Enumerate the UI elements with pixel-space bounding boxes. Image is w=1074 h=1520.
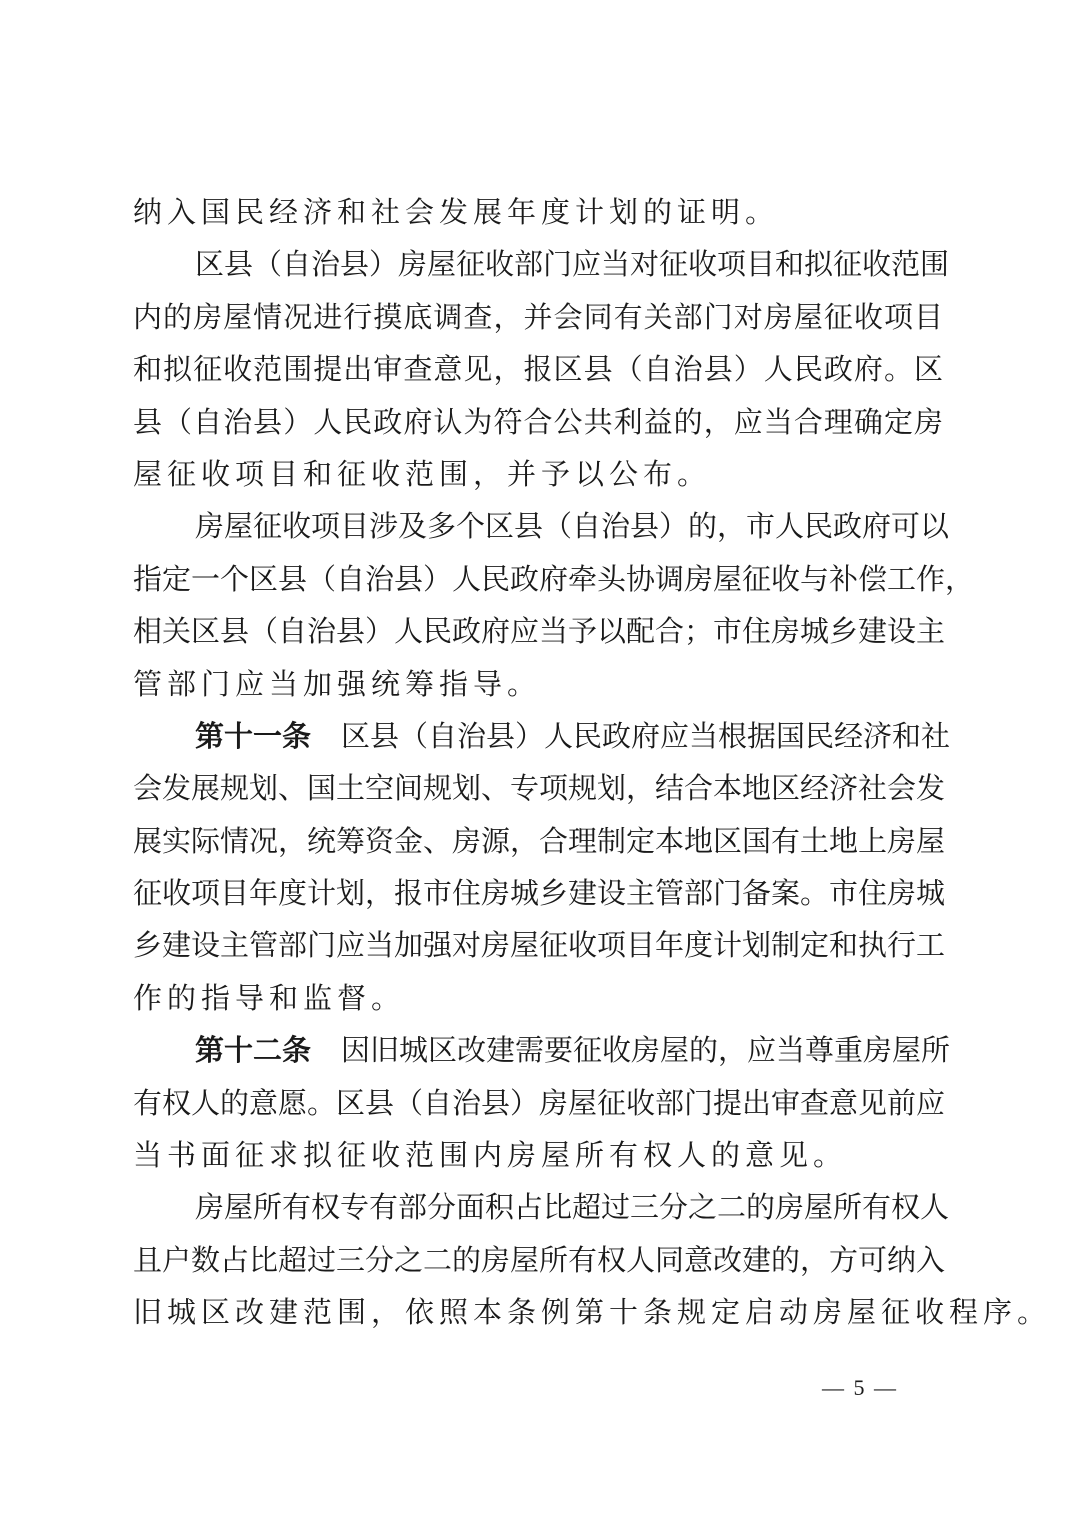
paragraph-line: 区县（自治县）房屋征收部门应当对征收项目和拟征收范围 bbox=[133, 238, 943, 290]
document-page: 纳入国民经济和社会发展年度计划的证明。 区县（自治县）房屋征收部门应当对征收项目… bbox=[133, 186, 943, 1339]
paragraph-line: 纳入国民经济和社会发展年度计划的证明。 bbox=[133, 186, 943, 238]
article-label: 第十一条 bbox=[195, 719, 311, 753]
paragraph-line: 指定一个区县（自治县）人民政府牵头协调房屋征收与补偿工作， bbox=[133, 553, 943, 605]
paragraph-line: 房屋所有权专有部分面积占比超过三分之二的房屋所有权人 bbox=[133, 1181, 943, 1233]
paragraph-line: 征收项目年度计划，报市住房城乡建设主管部门备案。市住房城 bbox=[133, 867, 943, 919]
paragraph-line: 房屋征收项目涉及多个区县（自治县）的，市人民政府可以 bbox=[133, 500, 943, 552]
paragraph-line: 会发展规划、国土空间规划、专项规划，结合本地区经济社会发 bbox=[133, 762, 943, 814]
paragraph-line: 内的房屋情况进行摸底调查，并会同有关部门对房屋征收项目 bbox=[133, 291, 943, 343]
article-label: 第十二条 bbox=[195, 1033, 311, 1067]
paragraph-line: 县（自治县）人民政府认为符合公共利益的，应当合理确定房 bbox=[133, 396, 943, 448]
paragraph-line: 相关区县（自治县）人民政府应当予以配合；市住房城乡建设主 bbox=[133, 605, 943, 657]
article-12-first-line: 第十二条因旧城区改建需要征收房屋的，应当尊重房屋所 bbox=[133, 1024, 943, 1076]
paragraph-line: 且户数占比超过三分之二的房屋所有权人同意改建的，方可纳入 bbox=[133, 1234, 943, 1286]
page-number: — 5 — bbox=[822, 1375, 898, 1401]
paragraph-line: 当书面征求拟征收范围内房屋所有权人的意见。 bbox=[133, 1129, 943, 1181]
paragraph-line: 展实际情况，统筹资金、房源，合理制定本地区国有土地上房屋 bbox=[133, 815, 943, 867]
paragraph-line: 作的指导和监督。 bbox=[133, 972, 943, 1024]
paragraph-line: 乡建设主管部门应当加强对房屋征收项目年度计划制定和执行工 bbox=[133, 919, 943, 971]
article-11-first-line: 第十一条区县（自治县）人民政府应当根据国民经济和社 bbox=[133, 710, 943, 762]
article-text: 因旧城区改建需要征收房屋的，应当尊重房屋所 bbox=[341, 1033, 950, 1067]
paragraph-line: 屋征收项目和征收范围，并予以公布。 bbox=[133, 448, 943, 500]
paragraph-line: 管部门应当加强统筹指导。 bbox=[133, 658, 943, 710]
paragraph-line: 和拟征收范围提出审查意见，报区县（自治县）人民政府。区 bbox=[133, 343, 943, 395]
paragraph-line: 旧城区改建范围，依照本条例第十条规定启动房屋征收程序。 bbox=[133, 1286, 943, 1338]
article-text: 区县（自治县）人民政府应当根据国民经济和社 bbox=[341, 719, 950, 753]
paragraph-line: 有权人的意愿。区县（自治县）房屋征收部门提出审查意见前应 bbox=[133, 1077, 943, 1129]
